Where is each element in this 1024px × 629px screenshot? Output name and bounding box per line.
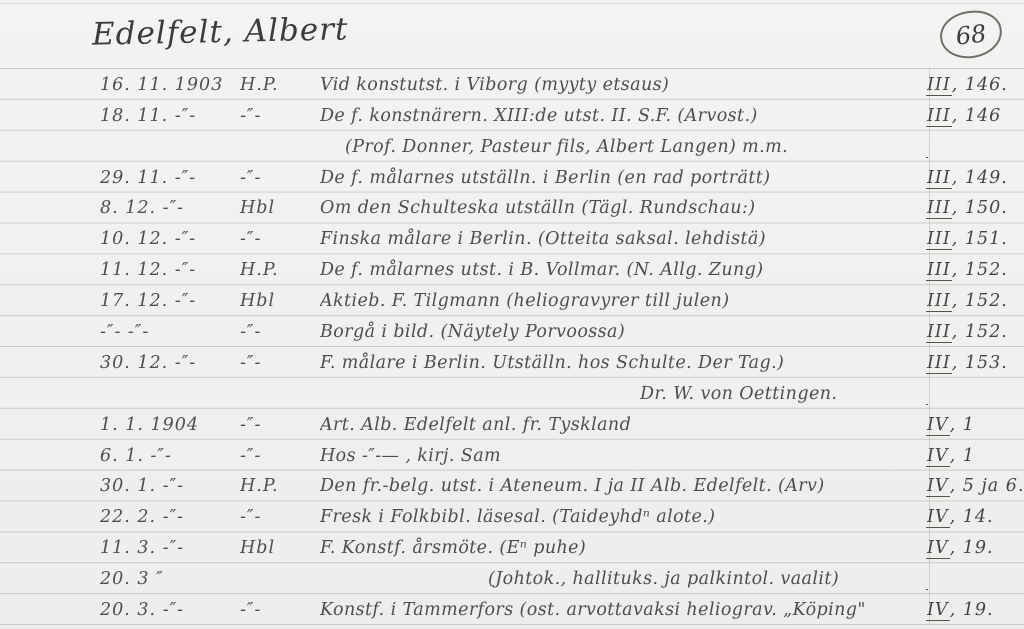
- entry-page: , 152.: [952, 322, 1008, 342]
- entry-ref: IV, 1: [920, 411, 1024, 440]
- entry-text: Dr. W. von Oettingen.: [320, 380, 920, 409]
- entry-page: , 1: [950, 446, 975, 466]
- entry-volume: III: [926, 291, 952, 312]
- entry-ref: [920, 565, 1024, 594]
- entry-volume: IV: [926, 538, 950, 559]
- entry-ref: IV, 19.: [920, 596, 1024, 625]
- entry-volume: III: [926, 353, 952, 374]
- entry-text: (Johtok., hallituks. ja palkintol. vaali…: [320, 565, 920, 594]
- entry-source: -″-: [240, 164, 320, 193]
- entry-source: H.P.: [240, 71, 320, 100]
- entry-row: 18. 11. -″- -″- De f. konstnärern. XIII:…: [0, 100, 1024, 131]
- entry-ref: IV, 19.: [920, 534, 1024, 563]
- card-title: Edelfelt, Albert: [92, 11, 349, 52]
- entry-volume: IV: [926, 600, 950, 621]
- entry-ref: III, 146.: [920, 71, 1024, 100]
- entry-date: 6. 1. -″-: [0, 442, 240, 471]
- entry-page: , 5 ja 6.: [950, 476, 1024, 496]
- entry-row: 10. 12. -″- -″- Finska målare i Berlin. …: [0, 223, 1024, 254]
- entry-text: F. Konstf. årsmöte. (Eⁿ puhe): [320, 534, 920, 563]
- entry-row: 11. 3. -″- Hbl F. Konstf. årsmöte. (Eⁿ p…: [0, 532, 1024, 563]
- entry-source: -″-: [240, 102, 320, 131]
- entry-text: Hos -″-— , kirj. Sam: [320, 442, 920, 471]
- entry-date: 20. 3 ″: [0, 565, 240, 594]
- entry-volume: III: [926, 168, 952, 189]
- entry-source: -″-: [240, 225, 320, 254]
- entry-ref: IV, 1: [920, 442, 1024, 471]
- entry-date: 29. 11. -″-: [0, 164, 240, 193]
- entry-volume: [926, 137, 928, 158]
- entry-page: , 152.: [952, 291, 1008, 311]
- top-rule-line: [0, 3, 1024, 4]
- entry-page: , 150.: [952, 198, 1008, 218]
- entry-volume: [926, 384, 928, 405]
- entry-date: 1. 1. 1904: [0, 411, 240, 440]
- entry-date: 20. 3. -″-: [0, 596, 240, 625]
- entry-date: 16. 11. 1903: [0, 71, 240, 100]
- entry-ref: IV, 5 ja 6.: [920, 472, 1024, 501]
- entry-row: 30. 12. -″- -″- F. målare i Berlin. Utst…: [0, 347, 1024, 378]
- entry-source: -″-: [240, 411, 320, 440]
- entry-row: 29. 11. -″- -″- De f. målarnes utställn.…: [0, 162, 1024, 193]
- entry-date: 11. 12. -″-: [0, 256, 240, 285]
- entry-row: (Prof. Donner, Pasteur fils, Albert Lang…: [0, 131, 1024, 162]
- entry-text: Den fr.-belg. utst. i Ateneum. I ja II A…: [320, 472, 920, 501]
- entry-source: -″-: [240, 318, 320, 347]
- entry-source: Hbl: [240, 534, 320, 563]
- entry-row: 20. 3. -″- -″- Konstf. i Tammerfors (ost…: [0, 594, 1024, 625]
- entry-text: F. målare i Berlin. Utställn. hos Schult…: [320, 349, 920, 378]
- page-number: 68: [954, 19, 988, 51]
- entry-ref: IV, 14.: [920, 503, 1024, 532]
- entry-text: De f. konstnärern. XIII:de utst. II. S.F…: [320, 102, 920, 131]
- entry-page: , 153.: [952, 353, 1008, 373]
- entry-ref: III, 149.: [920, 164, 1024, 193]
- entry-row: 17. 12. -″- Hbl Aktieb. F. Tilgmann (hel…: [0, 285, 1024, 316]
- entry-ref: III, 152.: [920, 287, 1024, 316]
- entry-page: , 19.: [950, 600, 994, 620]
- entry-source: -″-: [240, 596, 320, 625]
- entry-ref: [920, 380, 1024, 409]
- entry-ref: III, 152.: [920, 256, 1024, 285]
- entry-text: Finska målare i Berlin. (Otteita saksal.…: [320, 225, 920, 254]
- entry-volume: III: [926, 198, 952, 219]
- entry-date: 17. 12. -″-: [0, 287, 240, 316]
- entry-row: 16. 11. 1903 H.P. Vid konstutst. i Vibor…: [0, 69, 1024, 100]
- entry-text: (Prof. Donner, Pasteur fils, Albert Lang…: [320, 133, 920, 162]
- entry-date: 10. 12. -″-: [0, 225, 240, 254]
- entry-ref: III, 150.: [920, 194, 1024, 223]
- entry-row: 6. 1. -″- -″- Hos -″-— , kirj. Sam IV, 1: [0, 440, 1024, 471]
- entry-page: , 151.: [952, 229, 1008, 249]
- index-card: Edelfelt, Albert 68 16. 11. 1903 H.P. Vi…: [0, 0, 1024, 629]
- entry-date: 30. 12. -″-: [0, 349, 240, 378]
- entry-date: -″- -″-: [0, 318, 240, 347]
- entry-ref: III, 153.: [920, 349, 1024, 378]
- entry-volume: [926, 569, 928, 590]
- entry-source: H.P.: [240, 472, 320, 501]
- entry-volume: IV: [926, 507, 950, 528]
- page-number-circle: 68: [937, 7, 1004, 61]
- entry-row: 30. 1. -″- H.P. Den fr.-belg. utst. i At…: [0, 471, 1024, 502]
- entry-volume: III: [926, 260, 952, 281]
- entry-page: , 146.: [952, 75, 1008, 95]
- entry-text: Vid konstutst. i Viborg (myyty etsaus): [320, 71, 920, 100]
- entry-source: -″-: [240, 442, 320, 471]
- entry-text: Om den Schulteska utställn (Tägl. Rundsc…: [320, 194, 920, 223]
- entry-date: 18. 11. -″-: [0, 102, 240, 131]
- entry-row: 22. 2. -″- -″- Fresk i Folkbibl. läsesal…: [0, 501, 1024, 532]
- entry-text: Aktieb. F. Tilgmann (heliogravyrer till …: [320, 287, 920, 316]
- entry-volume: IV: [926, 476, 950, 497]
- entry-source: Hbl: [240, 194, 320, 223]
- entry-source: H.P.: [240, 256, 320, 285]
- entry-ref: III, 146: [920, 102, 1024, 131]
- entry-volume: III: [926, 75, 952, 96]
- entry-text: Borgå i bild. (Näytely Porvoossa): [320, 318, 920, 347]
- entry-text: Art. Alb. Edelfelt anl. fr. Tyskland: [320, 411, 920, 440]
- entry-date: 8. 12. -″-: [0, 194, 240, 223]
- entry-page: , 19.: [950, 538, 994, 558]
- entry-date: 22. 2. -″-: [0, 503, 240, 532]
- entry-page: , 1: [950, 415, 975, 435]
- entry-row: 11. 12. -″- H.P. De f. målarnes utst. i …: [0, 254, 1024, 285]
- entry-page: , 14.: [950, 507, 994, 527]
- entry-volume: IV: [926, 446, 950, 467]
- entry-row: 1. 1. 1904 -″- Art. Alb. Edelfelt anl. f…: [0, 409, 1024, 440]
- entries: 16. 11. 1903 H.P. Vid konstutst. i Vibor…: [0, 69, 1024, 625]
- entry-volume: IV: [926, 415, 950, 436]
- entry-ref: [920, 133, 1024, 162]
- entry-text: De f. målarnes utst. i B. Vollmar. (N. A…: [320, 256, 920, 285]
- entry-page: , 146: [952, 106, 1002, 126]
- entry-row: 8. 12. -″- Hbl Om den Schulteska utställ…: [0, 193, 1024, 224]
- entry-volume: III: [926, 106, 952, 127]
- entry-row: 20. 3 ″ (Johtok., hallituks. ja palkinto…: [0, 563, 1024, 594]
- entry-source: Hbl: [240, 287, 320, 316]
- entry-volume: III: [926, 229, 952, 250]
- entry-source: -″-: [240, 349, 320, 378]
- entry-date: 11. 3. -″-: [0, 534, 240, 563]
- entry-ref: III, 151.: [920, 225, 1024, 254]
- entry-row: -″- -″- -″- Borgå i bild. (Näytely Porvo…: [0, 316, 1024, 347]
- entry-text: Konstf. i Tammerfors (ost. arvottavaksi …: [320, 596, 920, 625]
- entry-volume: III: [926, 322, 952, 343]
- entry-row: Dr. W. von Oettingen.: [0, 378, 1024, 409]
- entry-ref: III, 152.: [920, 318, 1024, 347]
- entry-text: Fresk i Folkbibl. läsesal. (Taideyhdⁿ al…: [320, 503, 920, 532]
- entry-source: -″-: [240, 503, 320, 532]
- entry-page: , 149.: [952, 168, 1008, 188]
- entry-date: 30. 1. -″-: [0, 472, 240, 501]
- entry-text: De f. målarnes utställn. i Berlin (en ra…: [320, 164, 920, 193]
- entry-page: , 152.: [952, 260, 1008, 280]
